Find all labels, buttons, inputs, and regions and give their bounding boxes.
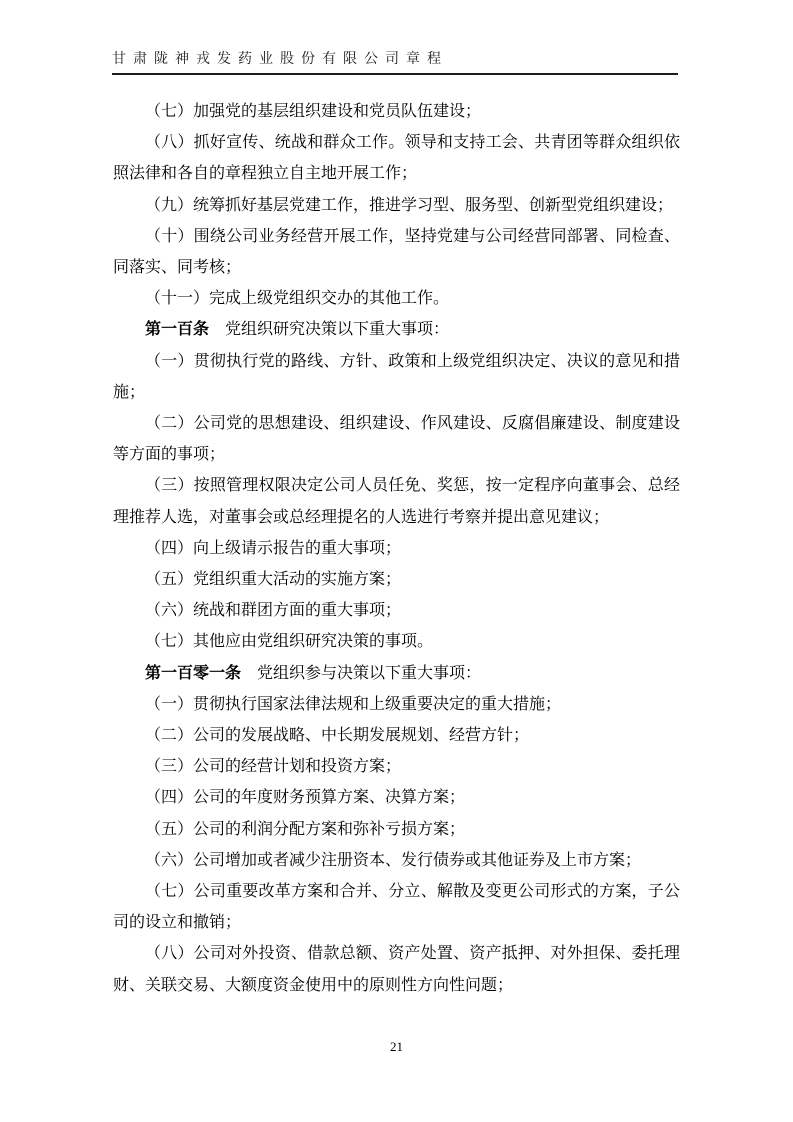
paragraph: （八）公司对外投资、借款总额、资产处置、资产抵押、对外担保、委托理财、关联交易、…: [113, 938, 680, 1000]
paragraph: （一）贯彻执行国家法律法规和上级重要决定的重大措施；: [113, 689, 680, 720]
paragraph: （二）公司党的思想建设、组织建设、作风建设、反腐倡廉建设、制度建设等方面的事项；: [113, 408, 680, 470]
paragraph-text: （一）贯彻执行国家法律法规和上级重要决定的重大措施；: [145, 696, 561, 713]
paragraph: （三）公司的经营计划和投资方案；: [113, 751, 680, 782]
paragraph: （七）公司重要改革方案和合并、分立、解散及变更公司形式的方案，子公司的设立和撤销…: [113, 876, 680, 938]
paragraph: （六）公司增加或者减少注册资本、发行债券或其他证券及上市方案；: [113, 845, 680, 876]
document-header: 甘肃陇神戎发药业股份有限公司章程: [112, 0, 678, 75]
paragraph: （八）抓好宣传、统战和群众工作。领导和支持工会、共青团等群众组织依照法律和各自的…: [113, 127, 680, 189]
paragraph-text: （七）其他应由党组织研究决策的事项。: [145, 633, 433, 650]
paragraph-text: 党组织参与决策以下重大事项：: [241, 665, 481, 682]
paragraph-text: （三）公司的经营计划和投资方案；: [145, 758, 401, 775]
page-number: 21: [390, 1039, 403, 1054]
article-number: 第一百零一条: [145, 665, 241, 682]
paragraph-text: （四）向上级请示报告的重大事项；: [145, 540, 401, 557]
paragraph-text: （七）加强党的基层组织建设和党员队伍建设；: [145, 103, 481, 120]
paragraph-text: （二）公司的发展战略、中长期发展规划、经营方针；: [145, 727, 529, 744]
paragraph-text: （九）统筹抓好基层党建工作，推进学习型、服务型、创新型党组织建设；: [145, 197, 673, 214]
paragraph: （四）向上级请示报告的重大事项；: [113, 533, 680, 564]
paragraph: （二）公司的发展战略、中长期发展规划、经营方针；: [113, 720, 680, 751]
paragraph-text: （四）公司的年度财务预算方案、决算方案；: [145, 789, 465, 806]
paragraph: （五）党组织重大活动的实施方案；: [113, 564, 680, 595]
paragraph-text: （十一）完成上级党组织交办的其他工作。: [145, 290, 449, 307]
paragraph-text: （十）围绕公司业务经营开展工作，坚持党建与公司经营同部署、同检查、同落实、同考核…: [113, 228, 680, 276]
paragraph-text: （三）按照管理权限决定公司人员任免、奖惩，按一定程序向董事会、总经理推荐人选，对…: [113, 477, 680, 525]
paragraph: （九）统筹抓好基层党建工作，推进学习型、服务型、创新型党组织建设；: [113, 190, 680, 221]
paragraph-text: （八）抓好宣传、统战和群众工作。领导和支持工会、共青团等群众组织依照法律和各自的…: [113, 134, 680, 182]
paragraph: （十一）完成上级党组织交办的其他工作。: [113, 283, 680, 314]
document-footer: 21: [0, 1038, 793, 1056]
paragraph-text: （一）贯彻执行党的路线、方针、政策和上级党组织决定、决议的意见和措施；: [113, 353, 680, 401]
header-rule: [112, 73, 678, 75]
paragraph-article-100: 第一百条 党组织研究决策以下重大事项：: [113, 314, 680, 345]
paragraph: （七）其他应由党组织研究决策的事项。: [113, 626, 680, 657]
paragraph-text: （八）公司对外投资、借款总额、资产处置、资产抵押、对外担保、委托理财、关联交易、…: [113, 945, 680, 993]
paragraph: （六）统战和群团方面的重大事项；: [113, 595, 680, 626]
paragraph-article-101: 第一百零一条 党组织参与决策以下重大事项：: [113, 658, 680, 689]
paragraph: （四）公司的年度财务预算方案、决算方案；: [113, 782, 680, 813]
document-page: 甘肃陇神戎发药业股份有限公司章程 （七）加强党的基层组织建设和党员队伍建设； （…: [0, 0, 793, 1122]
document-header-title: 甘肃陇神戎发药业股份有限公司章程: [112, 50, 678, 70]
paragraph: （十）围绕公司业务经营开展工作，坚持党建与公司经营同部署、同检查、同落实、同考核…: [113, 221, 680, 283]
paragraph: （五）公司的利润分配方案和弥补亏损方案；: [113, 814, 680, 845]
paragraph-text: （五）党组织重大活动的实施方案；: [145, 571, 401, 588]
paragraph: （一）贯彻执行党的路线、方针、政策和上级党组织决定、决议的意见和措施；: [113, 346, 680, 408]
paragraph: （七）加强党的基层组织建设和党员队伍建设；: [113, 96, 680, 127]
paragraph: （三）按照管理权限决定公司人员任免、奖惩，按一定程序向董事会、总经理推荐人选，对…: [113, 470, 680, 532]
paragraph-text: （二）公司党的思想建设、组织建设、作风建设、反腐倡廉建设、制度建设等方面的事项；: [113, 415, 680, 463]
paragraph-text: （五）公司的利润分配方案和弥补亏损方案；: [145, 821, 465, 838]
paragraph-text: （七）公司重要改革方案和合并、分立、解散及变更公司形式的方案，子公司的设立和撤销…: [113, 883, 680, 931]
article-number: 第一百条: [145, 321, 209, 338]
paragraph-text: 党组织研究决策以下重大事项：: [209, 321, 449, 338]
document-body: （七）加强党的基层组织建设和党员队伍建设； （八）抓好宣传、统战和群众工作。领导…: [113, 96, 680, 1001]
paragraph-text: （六）公司增加或者减少注册资本、发行债券或其他证券及上市方案；: [145, 852, 641, 869]
paragraph-text: （六）统战和群团方面的重大事项；: [145, 602, 401, 619]
